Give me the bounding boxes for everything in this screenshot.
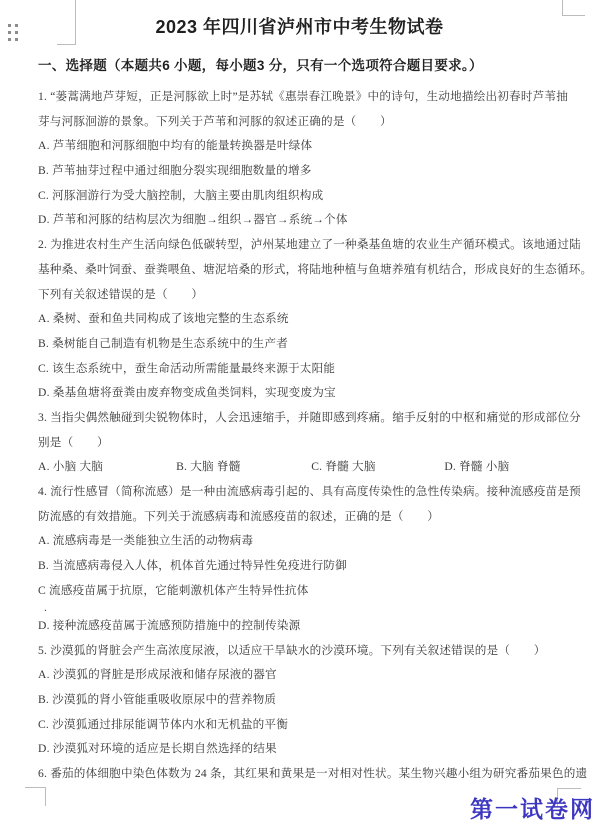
question-3-options-row: A. 小脑 大脑 B. 大脑 脊髓 C. 脊髓 大脑 D. 脊髓 小脑 bbox=[38, 455, 573, 480]
question-2-text-line-3: 下列有关叙述错误的是（ ） bbox=[38, 283, 573, 308]
question-1-option-d: D. 芦苇和河豚的结构层次为细胞→组织→器官→系统→个体 bbox=[38, 208, 573, 233]
question-3-option-d: D. 脊髓 小脑 bbox=[444, 455, 509, 480]
question-5-option-d: D. 沙漠狐对环境的适应是长期自然选择的结果 bbox=[38, 737, 573, 762]
question-4-text-line-1: 4. 流行性感冒（简称流感）是一种由流感病毒引起的、具有高度传染性的急性传染病。… bbox=[38, 480, 573, 505]
question-4: 4. 流行性感冒（简称流感）是一种由流感病毒引起的、具有高度传染性的急性传染病。… bbox=[38, 480, 573, 639]
question-5-option-c: C. 沙漠狐通过排尿能调节体内水和无机盐的平衡 bbox=[38, 713, 573, 738]
question-4-text-line-2: 防流感的有效措施。下列关于流感病毒和流感疫苗的叙述，正确的是（ ） bbox=[38, 505, 573, 530]
question-3-option-b: B. 大脑 脊髓 bbox=[176, 455, 308, 480]
question-1: 1. “蒌蒿满地芦芽短，正是河豚欲上时”是苏轼《惠崇春江晚景》中的诗句，生动地描… bbox=[38, 85, 573, 233]
question-6: 6. 番茄的体细胞中染色体数为 24 条，其红果和黄果是一对相对性状。某生物兴趣… bbox=[38, 762, 573, 787]
page-title: 2023 年四川省泸州市中考生物试卷 bbox=[38, 14, 561, 40]
watermark: 第一试卷网 bbox=[470, 797, 595, 823]
question-3-option-a: A. 小脑 大脑 bbox=[38, 455, 173, 480]
question-5: 5. 沙漠狐的肾脏会产生高浓度尿液，以适应干旱缺水的沙漠环境。下列有关叙述错误的… bbox=[38, 639, 573, 762]
question-1-text-line-1: 1. “蒌蒿满地芦芽短，正是河豚欲上时”是苏轼《惠崇春江晚景》中的诗句，生动地描… bbox=[38, 85, 573, 110]
question-2: 2. 为推进农村生产生活向绿色低碳转型，泸州某地建立了一种桑基鱼塘的农业生产循环… bbox=[38, 233, 573, 406]
question-2-text-line-1: 2. 为推进农村生产生活向绿色低碳转型，泸州某地建立了一种桑基鱼塘的农业生产循环… bbox=[38, 233, 573, 258]
question-1-option-b: B. 芦苇抽芽过程中通过细胞分裂实现细胞数量的增多 bbox=[38, 159, 573, 184]
question-5-text-line-1: 5. 沙漠狐的肾脏会产生高浓度尿液，以适应干旱缺水的沙漠环境。下列有关叙述错误的… bbox=[38, 639, 573, 664]
question-4-option-c: C 流感疫苗属于抗原，它能刺激机体产生特异性抗体 bbox=[38, 579, 573, 604]
question-4-stray-period: . bbox=[38, 603, 573, 613]
question-4-option-a: A. 流感病毒是一类能独立生活的动物病毒 bbox=[38, 529, 573, 554]
question-1-text-line-2: 芽与河豚洄游的景象。下列关于芦苇和河豚的叙述正确的是（ ） bbox=[38, 110, 573, 135]
question-1-option-c: C. 河豚洄游行为受大脑控制，大脑主要由肌肉组织构成 bbox=[38, 184, 573, 209]
question-1-option-a: A. 芦苇细胞和河豚细胞中均有的能量转换器是叶绿体 bbox=[38, 134, 573, 159]
question-2-option-d: D. 桑基鱼塘将蚕粪由废弃物变成鱼类饲料，实现变废为宝 bbox=[38, 381, 573, 406]
question-2-option-a: A. 桑树、蚕和鱼共同构成了该地完整的生态系统 bbox=[38, 307, 573, 332]
question-3: 3. 当指尖偶然触碰到尖锐物体时，人会迅速缩手，并随即感到疼痛。缩手反射的中枢和… bbox=[38, 406, 573, 480]
question-2-option-c: C. 该生态系统中，蚕生命活动所需能量最终来源于太阳能 bbox=[38, 357, 573, 382]
question-6-text-line-1: 6. 番茄的体细胞中染色体数为 24 条，其红果和黄果是一对相对性状。某生物兴趣… bbox=[38, 762, 573, 787]
exam-document-page: 2023 年四川省泸州市中考生物试卷 一、选择题（本题共6 小题，每小题3 分，… bbox=[0, 0, 599, 829]
questions-body: 1. “蒌蒿满地芦芽短，正是河豚欲上时”是苏轼《惠崇春江晚景》中的诗句，生动地描… bbox=[38, 85, 573, 787]
question-3-option-c: C. 脊髓 大脑 bbox=[311, 455, 441, 480]
question-5-option-b: B. 沙漠狐的肾小管能重吸收原尿中的营养物质 bbox=[38, 688, 573, 713]
section-heading: 一、选择题（本题共6 小题，每小题3 分，只有一个选项符合题目要求。） bbox=[38, 56, 573, 76]
document-content: 2023 年四川省泸州市中考生物试卷 一、选择题（本题共6 小题，每小题3 分，… bbox=[38, 14, 573, 787]
question-4-option-b: B. 当流感病毒侵入人体，机体首先通过特异性免疫进行防御 bbox=[38, 554, 573, 579]
drag-handle-icon[interactable] bbox=[8, 24, 18, 41]
question-3-text-line-1: 3. 当指尖偶然触碰到尖锐物体时，人会迅速缩手，并随即感到疼痛。缩手反射的中枢和… bbox=[38, 406, 573, 431]
question-2-text-line-2: 基种桑、桑叶饲蚕、蚕粪喂鱼、塘泥培桑的形式，将陆地种植与鱼塘养殖有机结合，形成良… bbox=[38, 258, 573, 283]
margin-corner-mark-bottom-left bbox=[25, 787, 46, 806]
question-3-text-line-2: 别是（ ） bbox=[38, 431, 573, 456]
question-2-option-b: B. 桑树能自己制造有机物是生态系统中的生产者 bbox=[38, 332, 573, 357]
question-4-option-d: D. 接种流感疫苗属于流感预防措施中的控制传染源 bbox=[38, 614, 573, 639]
question-5-option-a: A. 沙漠狐的肾脏是形成尿液和储存尿液的器官 bbox=[38, 663, 573, 688]
